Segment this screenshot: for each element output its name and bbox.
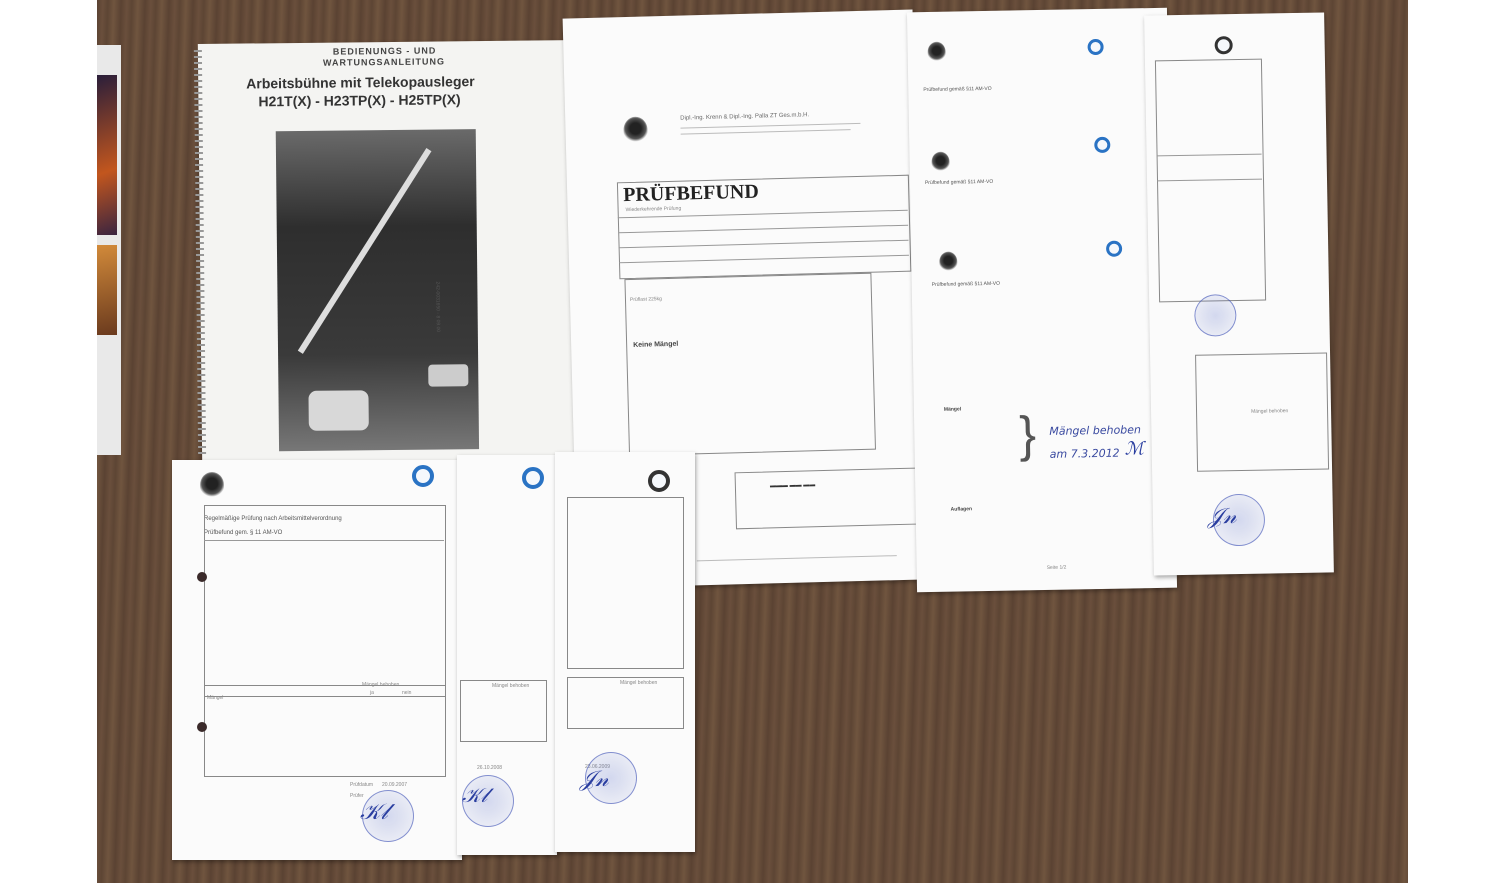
manual-heading: WARTUNGSANLEITUNG (323, 56, 445, 67)
certificate-2008: Mängel behoben 26.10.2008 𝒦𝓁 (457, 455, 557, 855)
capacity-label: Prüflast 225kg (630, 296, 662, 303)
tuv-badge-icon (648, 470, 670, 492)
poster-image (97, 75, 117, 235)
manual-code: 242-0031650 - 8 09.00 (434, 282, 441, 333)
tuv-badge-icon (1106, 241, 1122, 257)
austrian-eagle-icon (200, 472, 224, 498)
report-heading: Prüfbefund gemäß §11 AM-VO (925, 179, 993, 186)
report-heading: Prüfbefund gemäß §11 AM-VO (923, 86, 991, 93)
report-heading: Prüfbefund gemäß §11 AM-VO (932, 281, 1000, 288)
tuv-badge-icon (522, 467, 544, 489)
handwritten-note: Mängel behoben (1049, 423, 1141, 438)
section-maengel: Mängel (944, 406, 961, 412)
tuv-badge-icon (1094, 137, 1110, 153)
report-document: Prüfbefund gemäß §11 AM-VO Prüfbefund ge… (907, 8, 1177, 592)
austrian-eagle-icon (931, 152, 949, 172)
field-pruefdatum-value: 20.09.2007 (382, 782, 407, 788)
label-maengel: Mängel (207, 695, 223, 701)
tuv-badge-icon (412, 465, 434, 487)
inspector-stamp (1194, 294, 1237, 337)
label-nein: nein (402, 690, 411, 696)
austrian-eagle-icon (927, 42, 945, 62)
telescopic-boom (298, 148, 432, 354)
tuv-badge-icon (1215, 36, 1233, 54)
austrian-eagle-icon (939, 251, 957, 271)
label-behoben: Mängel behoben (362, 682, 399, 688)
stamp-text: ▬▬▬ ▬▬ ▬▬ (770, 482, 815, 489)
certificate-2007: Regelmäßige Prüfung nach Arbeitsmittelve… (172, 460, 462, 860)
manual-title: Arbeitsbühne mit Telekopausleger (246, 73, 475, 91)
signature: 𝒥𝓃 (1208, 504, 1237, 529)
brace: } (1019, 405, 1037, 463)
manual-heading: BEDIENUNGS - UND (333, 46, 437, 57)
operating-manual: BEDIENUNGS - UND WARTUNGSANLEITUNG Arbei… (198, 40, 587, 464)
signature: ℳ (1124, 438, 1144, 459)
field-datum-value: 26.10.2008 (477, 765, 502, 771)
austrian-eagle-icon (623, 116, 648, 143)
stamp-box (735, 468, 918, 530)
field-pruefdatum: Prüfdatum (350, 782, 373, 788)
punch-hole (197, 722, 207, 732)
document-photo: BEDIENUNGS - UND WARTUNGSANLEITUNG Arbei… (97, 0, 1408, 883)
field-pruefer: Prüfer (350, 793, 364, 799)
certificate-far-right: Mängel behoben 𝒥𝓃 (1144, 12, 1334, 575)
section-auflagen: Auflagen (951, 506, 972, 512)
manual-models: H21T(X) - H23TP(X) - H25TP(X) (258, 91, 460, 109)
spiral-binding (194, 50, 206, 458)
findings-box (624, 273, 876, 456)
car (428, 364, 468, 386)
label-ja: ja (370, 690, 374, 696)
company-name: Dipl.-Ing. Krenn & Dipl.-Ing. Palla ZT G… (680, 112, 809, 121)
background-poster (97, 45, 121, 455)
result-text: Keine Mängel (633, 341, 678, 349)
signature: 𝒦𝓁 (462, 783, 487, 807)
machine-photo (276, 129, 479, 451)
label-behoben: Mängel behoben (620, 680, 657, 686)
signature: 𝒦𝓁 (360, 800, 388, 825)
label-behoben: Mängel behoben (492, 683, 529, 689)
machine-chassis (308, 390, 368, 431)
tuv-badge-icon (1087, 39, 1103, 55)
signature: 𝒥𝓃 (580, 767, 609, 792)
label-behoben: Mängel behoben (1251, 408, 1288, 415)
handwritten-note: am 7.3.2012 (1050, 447, 1120, 461)
document-title: PRÜFBEFUND (623, 181, 759, 208)
certificate-2009: Mängel behoben 23.06.2009 𝒥𝓃 (555, 452, 695, 852)
punch-hole (197, 572, 207, 582)
poster-image (97, 245, 117, 335)
page-label: Seite 1/2 (1047, 565, 1067, 571)
